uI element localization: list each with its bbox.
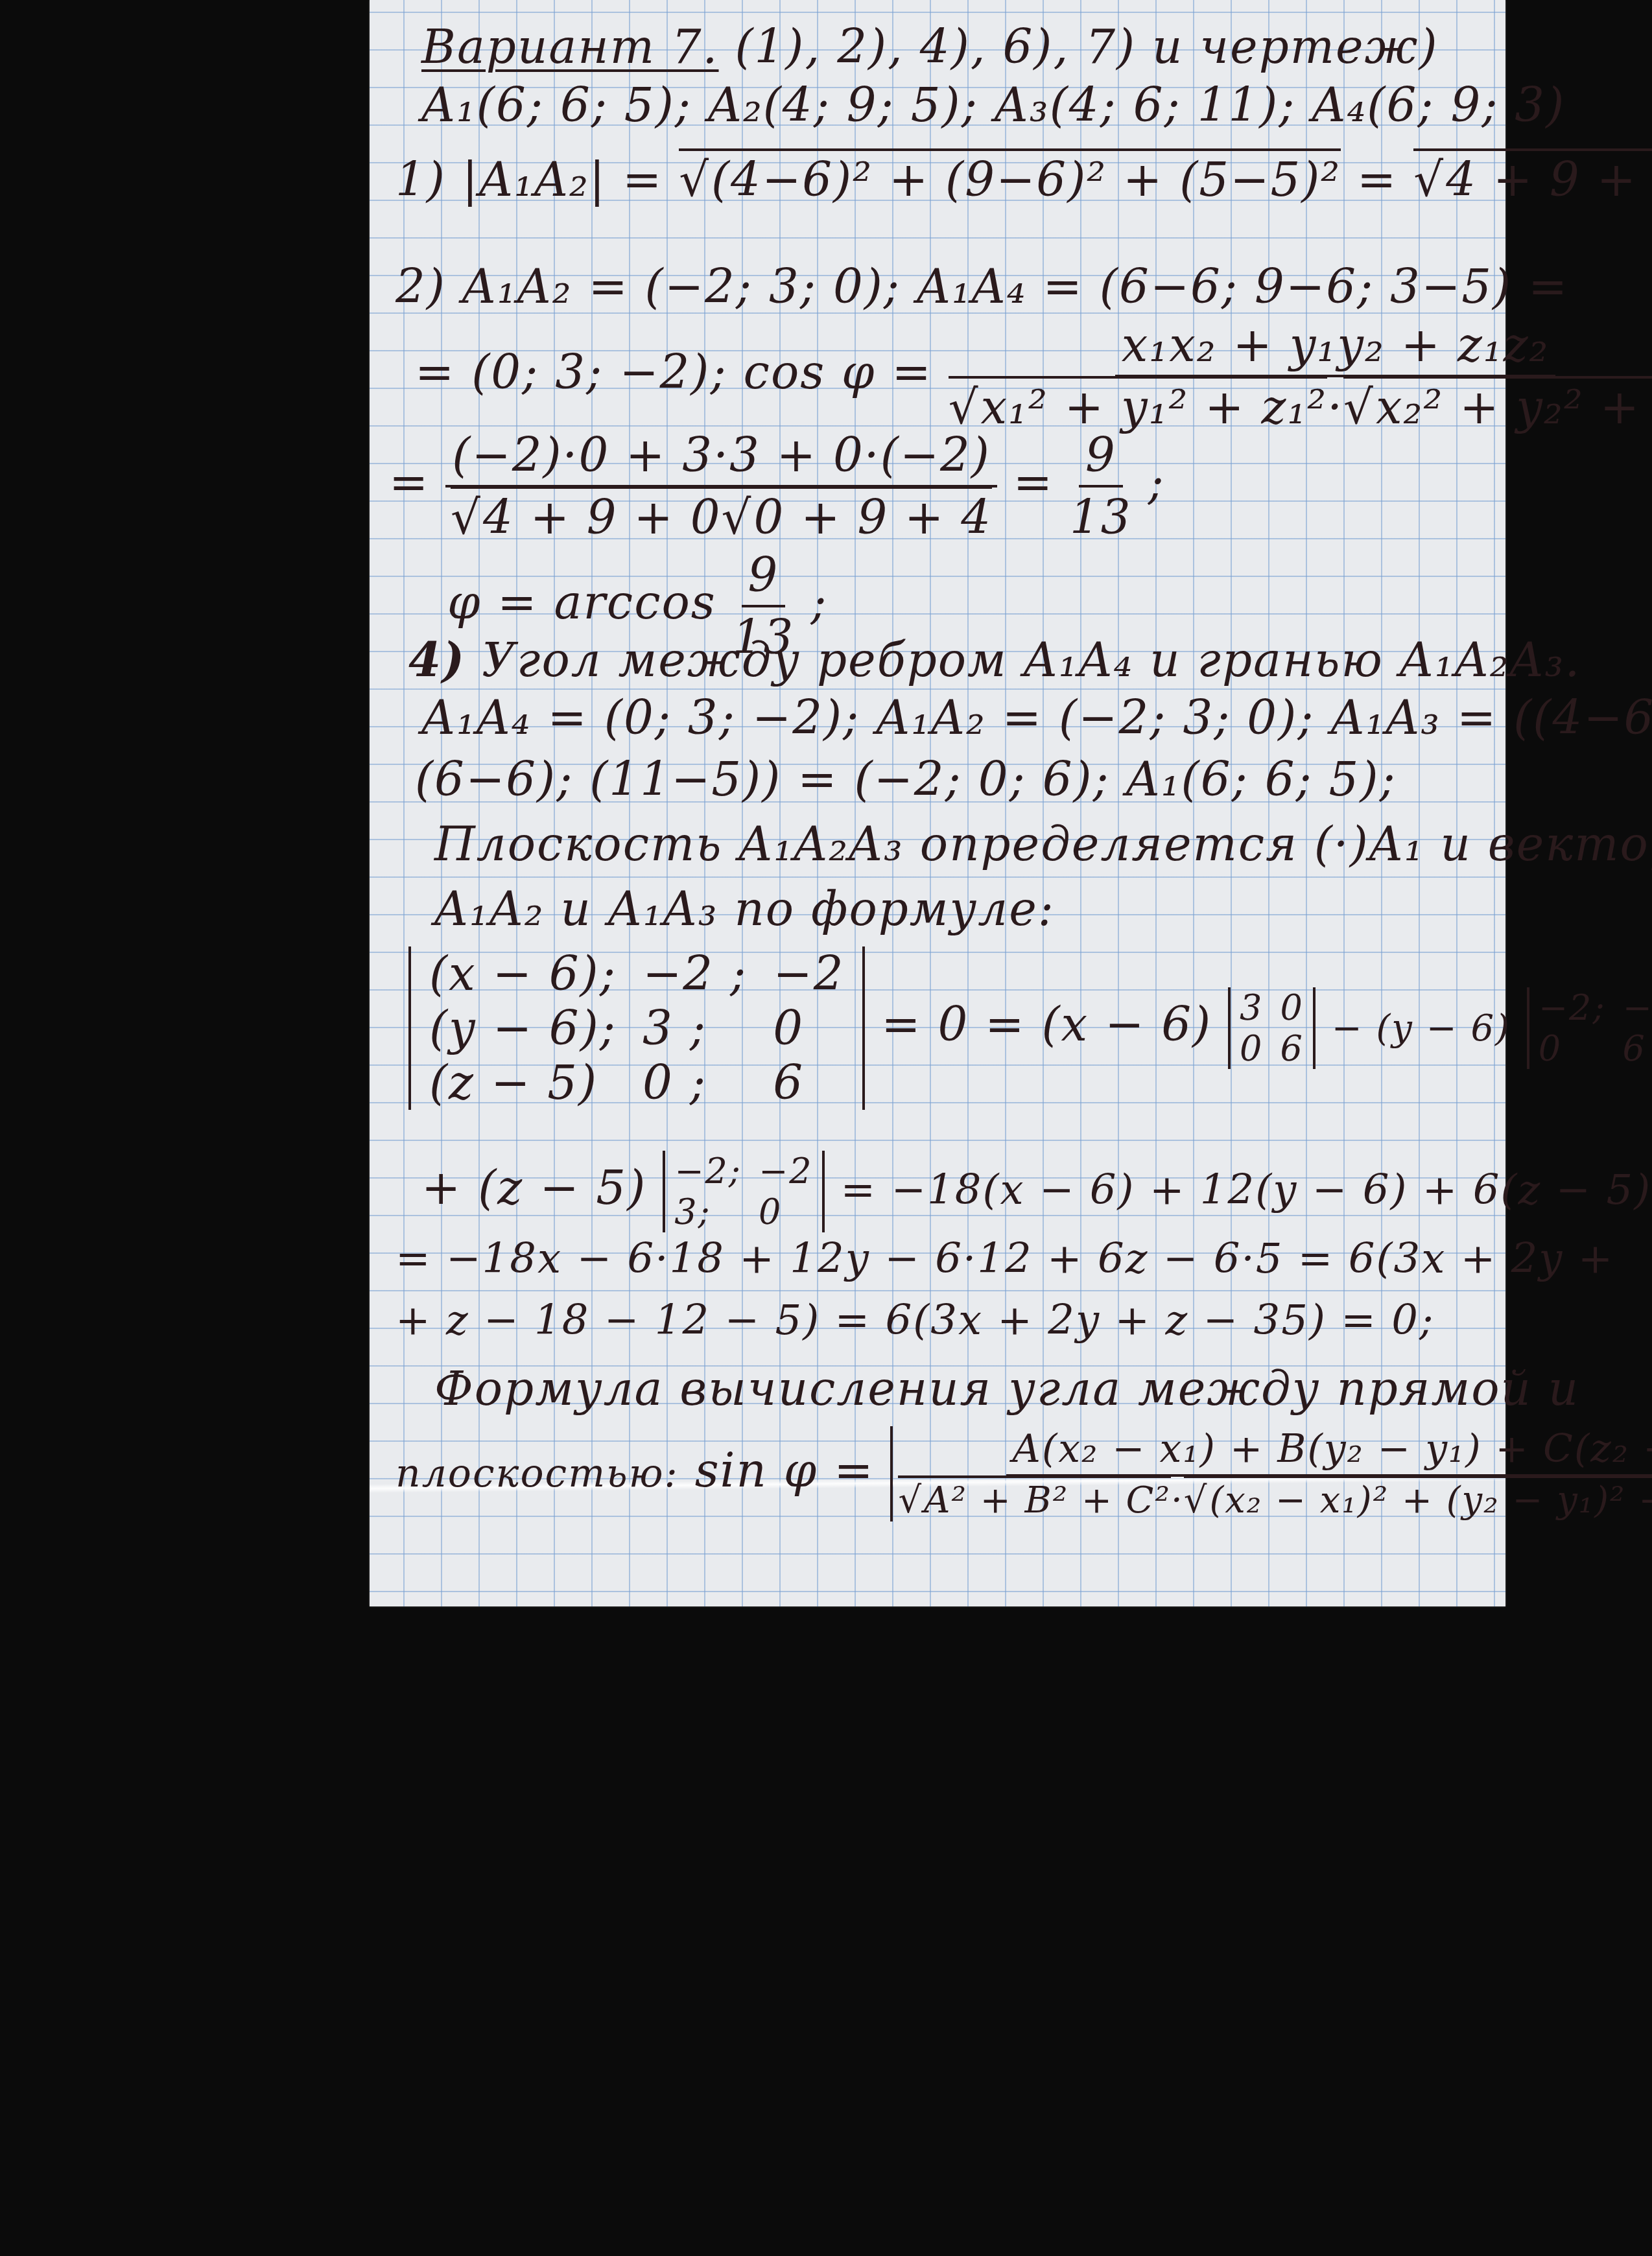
task4-vectors-line1: A₁A₄ = (0; 3; −2); A₁A₂ = (−2; 3; 0); A₁… xyxy=(421,690,1652,745)
det-cell: −2 xyxy=(773,946,844,1001)
minor-2: −2; −2 0 6 xyxy=(1527,987,1652,1069)
minor-cell: 0 xyxy=(1240,1028,1263,1069)
minor-cell: 3 xyxy=(1240,987,1263,1028)
det-cell: 6 xyxy=(773,1055,844,1110)
cos-sub-denominator: 4 + 9 + 00 + 9 + 4 xyxy=(451,488,992,545)
det-expansion: = 0 = (x − 6) xyxy=(881,997,1212,1052)
minor-3: −2; −2 3; 0 xyxy=(663,1151,824,1232)
plane-text-line1: Плоскость A₁A₂A₃ определяется (·)A₁ и ве… xyxy=(434,817,1652,871)
task2-line2: = (0; 3; −2); cos φ = x₁x₂ + y₁y₂ + z₁z₂… xyxy=(415,318,1652,434)
determinant-line: (x − 6); −2 ; −2 (y − 6); 3 ; 0 (z − 5) … xyxy=(408,946,1652,1110)
cos-den-a: x₁² + y₁² + z₁² xyxy=(949,376,1328,434)
cos-result-num: 9 xyxy=(1079,428,1123,488)
expansion-line-a: + (z − 5) −2; −2 3; 0 = −18(x − 6) + 12(… xyxy=(421,1151,1652,1232)
cos-formula: x₁x₂ + y₁y₂ + z₁z₂ x₁² + y₁² + z₁²·x₂² +… xyxy=(949,318,1652,434)
minor-cell: 6 xyxy=(1280,1028,1303,1069)
task1-radical2: 4 + 9 + 0 xyxy=(1413,148,1652,207)
sin-numerator: A(x₂ − x₁) + B(y₂ − y₁) + C(z₂ − z₁) xyxy=(1006,1426,1652,1477)
formula-text-line1: Формула вычисления угла между прямой и xyxy=(434,1361,1579,1416)
expansion-line-c: + z − 18 − 12 − 5) = 6(3x + 2y + z − 35)… xyxy=(395,1297,1435,1345)
sin-fraction: A(x₂ − x₁) + B(y₂ − y₁) + C(z₂ − z₁) A² … xyxy=(898,1426,1652,1522)
expansion-line-b: = −18x − 6·18 + 12y − 6·12 + 6z − 6·5 = … xyxy=(395,1235,1614,1283)
variant-title: Вариант 7. xyxy=(421,19,719,74)
points-line: A₁(6; 6; 5); A₂(4; 9; 5); A₃(4; 6; 11); … xyxy=(421,78,1565,132)
sin-formula-line: плоскостью: sin φ = A(x₂ − x₁) + B(y₂ − … xyxy=(395,1426,1652,1522)
det-cell: 0 ; xyxy=(643,1055,747,1110)
task4-heading: Угол между ребром A₁A₄ и гранью A₁A₂A₃. xyxy=(482,633,1581,687)
task1-radical: (4−6)² + (9−6)² + (5−5)² xyxy=(679,148,1341,207)
task1-radicand2: 4 + 9 + 0 xyxy=(1446,152,1652,207)
minor-cell: −2 xyxy=(1623,987,1652,1028)
minor-cell: 0 xyxy=(1280,987,1303,1028)
cos-sub-den-b: 0 + 9 + 4 xyxy=(722,486,993,545)
det-minus-term: − (y − 6) xyxy=(1332,1007,1511,1050)
task1-lhs: |A₁A₂| = xyxy=(462,152,663,207)
sin-den-a: A² + B² + C² xyxy=(898,1475,1171,1522)
cos-lhs: cos φ = xyxy=(744,345,932,399)
task2-vector-a1a2: A₁A₂ = (−2; 3; 0); xyxy=(462,259,901,314)
task2-vector-a1a4: = (0; 3; −2); xyxy=(415,345,727,399)
determinant-3x3: (x − 6); −2 ; −2 (y − 6); 3 ; 0 (z − 5) … xyxy=(408,946,865,1110)
task2-vector-a1a4-expr: A₁A₄ = (6−6; 9−6; 3−5) = xyxy=(917,259,1568,314)
det-cell: (y − 6); xyxy=(429,1001,617,1055)
cos-den-b: x₂² + y₂² + z₂² xyxy=(1343,376,1652,434)
task4-label: 4) xyxy=(408,632,466,687)
minor-cell: 6 xyxy=(1623,1028,1652,1069)
cos-sub-numerator: (−2)·0 + 3·3 + 0·(−2) xyxy=(445,428,997,488)
minor-cell: −2 xyxy=(759,1151,813,1192)
task2-line3: = (−2)·0 + 3·3 + 0·(−2) 4 + 9 + 00 + 9 +… xyxy=(389,428,1165,545)
det-cell: −2 ; xyxy=(643,946,747,1001)
det-cell: 0 xyxy=(773,1001,844,1055)
task1-line: 1) |A₁A₂| = (4−6)² + (9−6)² + (5−5)² = 4… xyxy=(395,152,1652,207)
minor-1: 3 0 0 6 xyxy=(1228,987,1316,1069)
cos-result: 9 13 xyxy=(1070,428,1132,545)
variant-tasks: (1), 2), 4), 6), 7) и чертеж) xyxy=(735,19,1438,74)
task4-vectors-line2: (6−6); (11−5)) = (−2; 0; 6); A₁(6; 6; 5)… xyxy=(415,752,1397,806)
sin-abs: A(x₂ − x₁) + B(y₂ − y₁) + C(z₂ − z₁) A² … xyxy=(890,1426,1652,1522)
cos-numerator: x₁x₂ + y₁y₂ + z₁z₂ xyxy=(1115,318,1556,377)
minor-cell: 3; xyxy=(674,1192,742,1232)
sin-den-b: (x₂ − x₁)² + (y₂ − y₁)² + (z₂ − z₁)² xyxy=(1184,1475,1652,1522)
det-cell: (z − 5) xyxy=(429,1055,617,1110)
det-cell: 3 ; xyxy=(643,1001,747,1055)
sin-denominator: A² + B² + C²·(x₂ − x₁)² + (y₂ − y₁)² + (… xyxy=(898,1477,1652,1522)
task1-radicand: (4−6)² + (9−6)² + (5−5)² xyxy=(711,152,1341,207)
minor-cell: −2; xyxy=(674,1151,742,1192)
det-cell: (x − 6); xyxy=(429,946,617,1001)
task1-label: 1) xyxy=(395,152,446,207)
task4-heading-line: 4) Угол между ребром A₁A₄ и гранью A₁A₂A… xyxy=(408,632,1581,687)
cos-denominator: x₁² + y₁² + z₁²·x₂² + y₂² + z₂² xyxy=(949,377,1652,434)
task2-label: 2) xyxy=(395,259,446,314)
sin-lhs: sin φ = xyxy=(695,1443,875,1498)
cos-result-den: 13 xyxy=(1070,488,1132,545)
minor-cell: −2; xyxy=(1539,987,1606,1028)
notebook-page: Вариант 7. (1), 2), 4), 6), 7) и чертеж)… xyxy=(370,0,1505,1606)
formula-text-line2: плоскостью: xyxy=(395,1451,679,1496)
title-line: Вариант 7. (1), 2), 4), 6), 7) и чертеж) xyxy=(421,19,1439,74)
line-a-rest: = −18(x − 6) + 12(y − 6) + 6(z − 5) = xyxy=(840,1166,1652,1214)
phi-num: 9 xyxy=(742,548,786,607)
cos-substituted: (−2)·0 + 3·3 + 0·(−2) 4 + 9 + 00 + 9 + 4 xyxy=(445,428,997,545)
minor-cell: 0 xyxy=(759,1192,813,1232)
line-a-prefix: + (z − 5) xyxy=(421,1160,646,1215)
task1-eq: = xyxy=(1357,152,1397,207)
plane-text-line2: A₁A₂ и A₁A₃ по формуле: xyxy=(434,882,1055,936)
task2-line1: 2) A₁A₂ = (−2; 3; 0); A₁A₄ = (6−6; 9−6; … xyxy=(395,259,1568,314)
minor-cell: 0 xyxy=(1539,1028,1606,1069)
phi-lhs: φ = arccos xyxy=(447,575,716,629)
cos-sub-den-a: 4 + 9 + 0 xyxy=(451,486,722,545)
